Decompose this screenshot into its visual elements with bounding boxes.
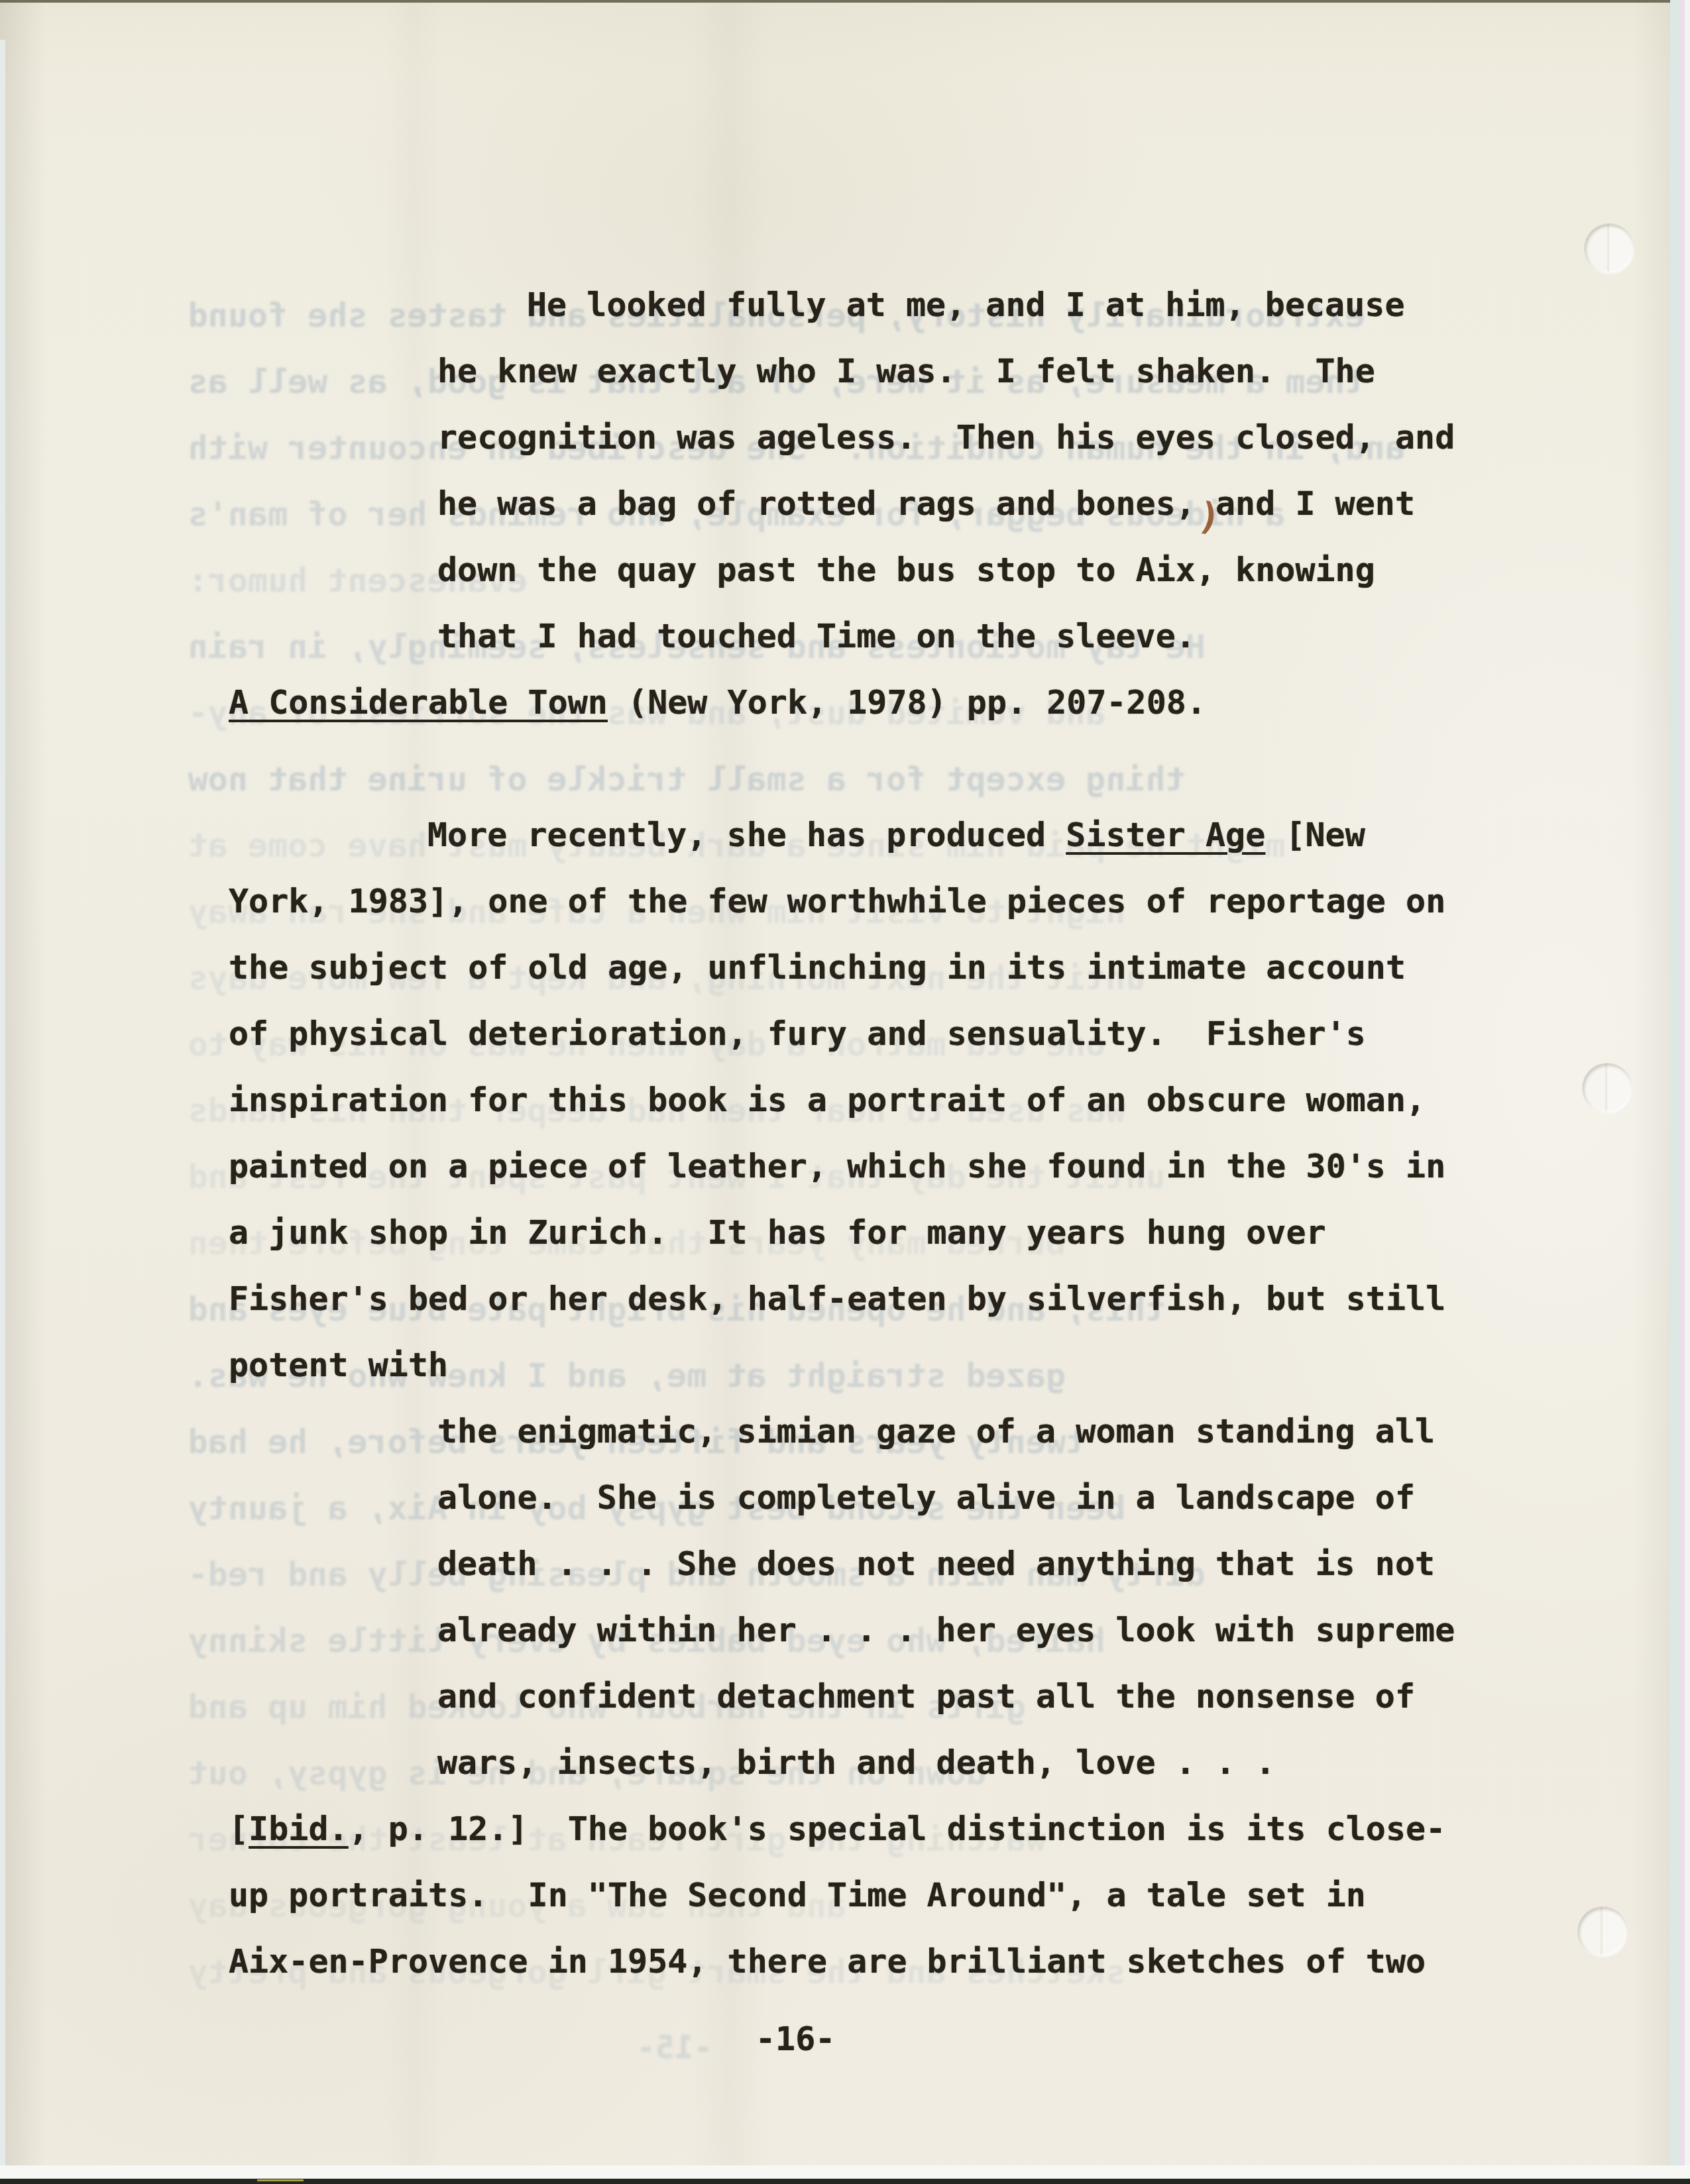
- typescript-line: alone. She is completely alive in a land…: [437, 1479, 1415, 1516]
- scanned-typescript-page: extraordinarily history, personalities a…: [0, 0, 1690, 2184]
- typescript-text: He looked fully at me, and I at him, bec…: [527, 286, 1405, 324]
- typescript-text: he was a bag of rotted rags and bones, a…: [437, 484, 1415, 523]
- typescript-text: already within her . . . her eyes look w…: [437, 1611, 1455, 1649]
- typescript-text: death . . . She does not need anything t…: [437, 1545, 1435, 1583]
- typescript-line: recognition was ageless. Then his eyes c…: [437, 419, 1455, 456]
- typescript-text: , p. 12.] The book's special distinction…: [349, 1810, 1446, 1848]
- punch-hole: [1578, 1907, 1627, 1956]
- typescript-text: and confident detachment past all the no…: [437, 1677, 1415, 1716]
- typescript-line: A Considerable Town (New York, 1978) pp.…: [229, 684, 1206, 721]
- typescript-line: Aix-en-Provence in 1954, there are brill…: [229, 1943, 1426, 1980]
- typescript-text: inspiration for this book is a portrait …: [229, 1081, 1426, 1119]
- typescript-line: potent with: [229, 1346, 448, 1384]
- typescript-line: down the quay past the bus stop to Aix, …: [437, 551, 1375, 588]
- typescript-line: York, 1983], one of the few worthwhile p…: [229, 883, 1445, 920]
- typescript-line: that I had touched Time on the sleeve.: [437, 618, 1196, 655]
- typescript-line: up portraits. In "The Second Time Around…: [229, 1877, 1366, 1914]
- typescript-line: inspiration for this book is a portrait …: [229, 1081, 1426, 1119]
- typescript-line: he knew exactly who I was. I felt shaken…: [437, 353, 1375, 390]
- typescript-text: York, 1983], one of the few worthwhile p…: [229, 882, 1445, 920]
- typescript-text: that I had touched Time on the sleeve.: [437, 617, 1196, 655]
- typescript-text: Fisher's bed or her desk, half-eaten by …: [229, 1280, 1445, 1318]
- typescript-line: Fisher's bed or her desk, half-eaten by …: [229, 1280, 1445, 1317]
- typescript-line: and confident detachment past all the no…: [437, 1678, 1415, 1715]
- typescript-text: [: [229, 1810, 249, 1848]
- typescript-text: the subject of old age, unflinching in i…: [229, 948, 1406, 987]
- bleedthrough-page-number: -15-: [636, 2029, 713, 2066]
- typescript-line: the enigmatic, simian gaze of a woman st…: [437, 1413, 1435, 1450]
- page-number: -16-: [756, 2020, 835, 2058]
- punch-hole: [1585, 224, 1634, 273]
- typescript-text: up portraits. In "The Second Time Around…: [229, 1876, 1366, 1914]
- typescript-text: (New York, 1978) pp. 207-208.: [608, 683, 1206, 722]
- typescript-text: potent with: [229, 1346, 448, 1384]
- typescript-line: already within her . . . her eyes look w…: [437, 1611, 1455, 1649]
- typescript-text: down the quay past the bus stop to Aix, …: [437, 551, 1375, 589]
- typescript-text: [New: [1265, 816, 1365, 854]
- typescript-text: the enigmatic, simian gaze of a woman st…: [437, 1412, 1435, 1450]
- typed-text-layer: He looked fully at me, and I at him, bec…: [0, 0, 1690, 2184]
- typescript-text: of physical deterioration, fury and sens…: [229, 1014, 1366, 1053]
- typescript-line: he was a bag of rotted rags and bones, a…: [437, 485, 1415, 522]
- typescript-line: painted on a piece of leather, which she…: [229, 1148, 1445, 1185]
- typescript-text: he knew exactly who I was. I felt shaken…: [437, 352, 1375, 390]
- typescript-text: alone. She is completely alive in a land…: [437, 1478, 1415, 1517]
- typescript-text: a junk shop in Zurich. It has for many y…: [229, 1213, 1326, 1252]
- typescript-line: death . . . She does not need anything t…: [437, 1545, 1435, 1582]
- typescript-line: of physical deterioration, fury and sens…: [229, 1015, 1366, 1052]
- typescript-line: [Ibid., p. 12.] The book's special disti…: [229, 1810, 1445, 1847]
- underlined-title: A Considerable Town: [229, 683, 608, 722]
- typescript-text: recognition was ageless. Then his eyes c…: [437, 418, 1455, 457]
- underlined-title: Sister Age: [1066, 816, 1265, 854]
- punch-hole: [1583, 1064, 1632, 1113]
- underlined-title: Ibid.: [249, 1810, 349, 1848]
- typescript-line: More recently, she has produced Sister A…: [427, 816, 1365, 853]
- typescript-line: wars, insects, birth and death, love . .…: [437, 1744, 1275, 1781]
- typescript-text: painted on a piece of leather, which she…: [229, 1147, 1445, 1185]
- typescript-line: He looked fully at me, and I at him, bec…: [527, 286, 1405, 323]
- typescript-text: More recently, she has produced: [427, 816, 1066, 854]
- typescript-line: a junk shop in Zurich. It has for many y…: [229, 1214, 1326, 1251]
- typescript-line: the subject of old age, unflinching in i…: [229, 949, 1406, 986]
- typescript-text: Aix-en-Provence in 1954, there are brill…: [229, 1942, 1426, 1981]
- typescript-text: wars, insects, birth and death, love . .…: [437, 1743, 1275, 1782]
